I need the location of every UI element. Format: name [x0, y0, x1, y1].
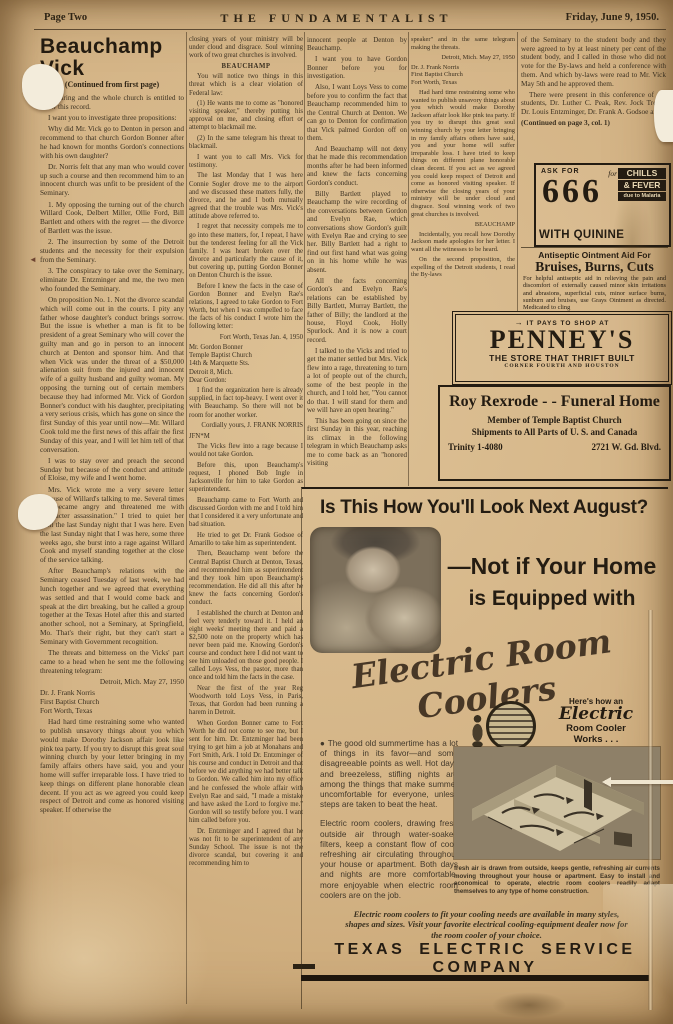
ad-penneys: → IT PAYS TO SHOP AT PENNEY'S THE STORE … [455, 314, 669, 382]
paragraph: Why did Mr. Vick go to Denton in person … [40, 125, 184, 160]
ad-666-brand: 666 [542, 173, 602, 211]
paragraph: He tried to get Dr. Frank Godsoe of Amar… [189, 532, 303, 548]
paragraph: Then, Beauchamp went before the Central … [189, 550, 303, 607]
paragraph: On proposition No. 1. Not the divorce sc… [40, 296, 184, 454]
article-headline: Beauchamp Vick [40, 36, 184, 80]
cartoon-figure [470, 715, 485, 747]
paragraph: When Gordon Bonner came to Fort Worth he… [189, 720, 303, 825]
paragraph: There were present in this conference of… [521, 91, 666, 117]
paragraph: Billy Bartlett played to Beauchamp the w… [307, 190, 407, 275]
paragraph: of the Seminary to the student body and … [521, 36, 666, 88]
column-divider [186, 32, 187, 1004]
article-column-3: innocent people at Denton by Beauchamp.I… [307, 36, 407, 486]
paragraph: Mrs. Vick wrote me a very severe letter … [40, 486, 184, 565]
penneys-slogan: THE STORE THAT THRIFT BUILT [456, 353, 668, 363]
paragraph: After Beauchamp's relations with the Sem… [40, 567, 184, 646]
rexrode-member-line: Member of Temple Baptist Church [440, 415, 669, 425]
paragraph: I established the church at Denton and f… [189, 610, 303, 683]
paragraph: Incidentally, you recall how Dorothy Jac… [411, 231, 515, 254]
ad-bottom-rule [301, 975, 649, 981]
paragraph: speaker" and in the same telegram making… [411, 36, 515, 51]
article-column-1-text: this hearing and the whole church is ent… [40, 94, 184, 815]
paragraph: And Beauchamp will not deny that he made… [307, 145, 407, 187]
paragraph: I want you to have Gordon Bonner before … [307, 55, 407, 80]
electric-ad-not-line-2: is Equipped with [440, 587, 664, 611]
paragraph: Also, I want Loys Vess to come before yo… [307, 83, 407, 142]
electric-ad-headline: Is This How You'll Look Next August? [306, 497, 662, 519]
column-divider [517, 32, 518, 312]
heres-how-block: Here's how an Electric Room Cooler Works… [534, 697, 658, 745]
paragraph: 3. The conspiracy to take over the Semin… [40, 267, 184, 293]
paper-fold [603, 884, 673, 1024]
article-column-4: speaker" and in the same telegram making… [411, 36, 515, 318]
rexrode-shipments-line: Shipments to All Parts of U. S. and Cana… [440, 427, 669, 437]
paragraph: The last Monday that I was here Connie S… [189, 172, 303, 221]
ad-rexrode-funeral-home: Roy Rexrode - - Funeral Home Member of T… [438, 385, 671, 481]
paragraph: Before I knew the facts in the case of G… [189, 283, 303, 332]
how-line-4: Works . . . [534, 734, 658, 745]
paragraph: Cordially yours, J. FRANK NORRIS [189, 422, 303, 430]
electric-ad-body: ● The good old summertime has a lot of t… [320, 739, 458, 910]
paragraph: Dr. Norris felt that any man who would c… [40, 163, 184, 198]
electric-ad-paragraph-2: Electric room coolers, drawing fresh out… [320, 819, 458, 901]
paragraph: This has been going on since the first S… [307, 417, 407, 468]
paragraph: I find the organization here is already … [189, 387, 303, 419]
paragraph: Beauchamp came to Fort Worth and discuss… [189, 497, 303, 529]
paragraph: closing years of your ministry will be u… [189, 36, 303, 60]
paragraph: BEAUCHAMP [411, 221, 515, 229]
paragraph: 1. My opposing the turning out of the ch… [40, 201, 184, 236]
paragraph: 2. The insurrection by some of the Detro… [40, 238, 184, 264]
paragraph: I was to stay over and preach the second… [40, 457, 184, 483]
paper-stain [492, 992, 566, 1018]
paragraph: BEAUCHAMP [189, 63, 303, 71]
room-cooler-magnifier-illustration [486, 701, 536, 751]
paragraph: On the second proposition, the expelling… [411, 256, 515, 279]
ad-666-for: for [608, 169, 617, 178]
how-line-2: Electric [534, 706, 658, 723]
paper-crease [605, 780, 673, 784]
paper-stain [0, 860, 210, 1024]
electric-ad-cta: Electric room coolers to fit your coolin… [344, 909, 629, 940]
paragraph: I regret that necessity compels me to go… [189, 223, 303, 280]
paragraph: The Vicks flew into a rage because I wou… [189, 443, 303, 459]
article-column-1: Beauchamp Vick (Continued from first pag… [40, 36, 184, 976]
article-column-4-text: speaker" and in the same telegram making… [411, 36, 515, 279]
how-line-3: Room Cooler [534, 723, 658, 734]
paper-stain [612, 188, 652, 298]
paragraph: I talked to the Vicks and tried to get t… [307, 347, 407, 415]
paragraph: I want you to call Mrs. Vick for testimo… [189, 154, 303, 170]
paragraph: The threats and bitterness on the Vicks'… [40, 649, 184, 675]
rexrode-contact-row: Trinity 1-4080 2721 W. Gd. Blvd. [440, 437, 669, 452]
paragraph: Detroit, Mich. May 27, 1950 [40, 678, 184, 687]
sweating-man-photo [310, 527, 441, 653]
paragraph: Had hard time restraining some who wante… [40, 718, 184, 815]
paragraph: Had hard time restraining some who wante… [411, 89, 515, 218]
issue-date: Friday, June 9, 1950. [566, 12, 659, 23]
paragraph: Mr. Gordon Bonner Temple Baptist Church … [189, 344, 303, 384]
paragraph: Before this, upon Beauchamp's request, I… [189, 462, 303, 494]
electric-ad-not-line-1: —Not if Your Home [440, 553, 664, 580]
rexrode-phone: Trinity 1-4080 [448, 442, 503, 452]
paragraph: JFN*M [189, 433, 303, 441]
article-column-5: of the Seminary to the student body and … [521, 36, 666, 160]
article-column-2-text: closing years of your ministry will be u… [189, 36, 303, 868]
rexrode-address: 2721 W. Gd. Blvd. [591, 442, 661, 452]
penneys-address: CORNER FOURTH AND HOUSTON [456, 363, 668, 369]
paragraph: Dr. J. Frank Norris First Baptist Church… [40, 689, 184, 715]
newspaper-page: Page Two THE FUNDAMENTALIST Friday, June… [0, 0, 673, 1024]
paragraph: I want you to investigate three proposit… [40, 114, 184, 123]
column-divider [408, 32, 409, 486]
paragraph: (Continued on page 3, col. 1) [521, 119, 666, 128]
article-column-3-text: innocent people at Denton by Beauchamp.I… [307, 36, 407, 468]
paragraph: Dr. J. Frank Norris First Baptist Church… [411, 64, 515, 87]
article-column-2: closing years of your ministry will be u… [189, 36, 303, 970]
rexrode-title: Roy Rexrode - - Funeral Home [440, 393, 669, 411]
paragraph: Near the first of the year Reg Woodworth… [189, 685, 303, 717]
masthead-rule [34, 29, 666, 30]
penneys-name: PENNEY'S [456, 327, 668, 353]
paper-tear [654, 90, 673, 142]
paragraph: Detroit, Mich. May 27, 1950 [411, 54, 515, 62]
column-divider [304, 32, 305, 488]
paragraph: (1) He wants me to come as "honored visi… [189, 100, 303, 132]
paragraph: innocent people at Denton by Beauchamp. [307, 36, 407, 53]
paragraph: All the facts concerning Gordon's and Ev… [307, 277, 407, 345]
margin-arrow-mark: ◄ [29, 255, 37, 264]
electric-ad-paragraph-1: ● The good old summertime has a lot of t… [320, 739, 458, 810]
room-cooler-house-illustration [454, 747, 660, 859]
paper-tear [22, 64, 64, 110]
paragraph: (2) In the same telegram his threat to b… [189, 135, 303, 151]
ad-666-chills: CHILLS [618, 168, 666, 179]
masthead: Page Two THE FUNDAMENTALIST Friday, June… [0, 10, 673, 30]
article-column-5-text: of the Seminary to the student body and … [521, 36, 666, 128]
paragraph: Fort Worth, Texas Jan. 4, 1950 [189, 334, 303, 342]
paragraph: You will notice two things in this threa… [189, 73, 303, 97]
